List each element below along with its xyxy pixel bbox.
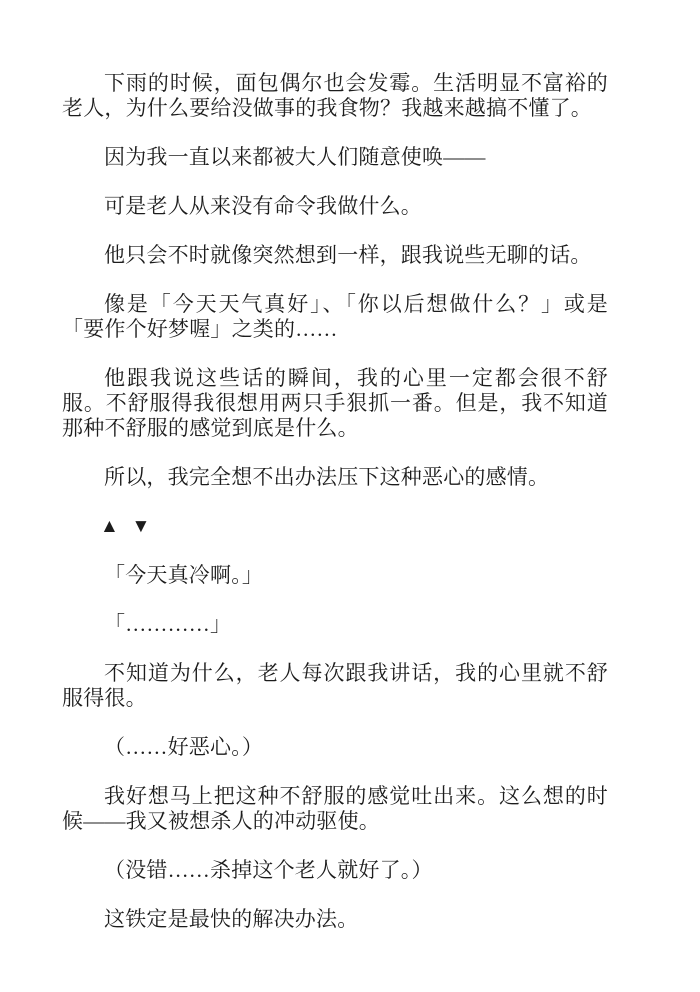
paragraph: 下雨的时候，面包偶尔也会发霉。生活明显不富裕的老人，为什么要给没做事的我食物？我… bbox=[62, 71, 608, 121]
paragraph: 我好想马上把这种不舒服的感觉吐出来。这么想的时候——我又被想杀人的冲动驱使。 bbox=[62, 784, 608, 834]
paragraph: 他只会不时就像突然想到一样，跟我说些无聊的话。 bbox=[62, 243, 608, 268]
scene-break-marker: ▲ ▼ bbox=[62, 514, 608, 539]
paragraph: 他跟我说这些话的瞬间，我的心里一定都会很不舒服。不舒服得我很想用两只手狠抓一番。… bbox=[62, 366, 608, 441]
paragraph: 不知道为什么，老人每次跟我讲话，我的心里就不舒服得很。 bbox=[62, 661, 608, 711]
paragraph: （没错……杀掉这个老人就好了。） bbox=[62, 858, 608, 883]
paragraph: 「…………」 bbox=[62, 612, 608, 637]
text-block: 下雨的时候，面包偶尔也会发霉。生活明显不富裕的老人，为什么要给没做事的我食物？我… bbox=[62, 71, 608, 932]
paragraph: （……好恶心。） bbox=[62, 735, 608, 760]
paragraph: 所以，我完全想不出办法压下这种恶心的感情。 bbox=[62, 465, 608, 490]
paragraph: 这铁定是最快的解决办法。 bbox=[62, 907, 608, 932]
paragraph: 因为我一直以来都被大人们随意使唤—— bbox=[62, 145, 608, 170]
novel-page: 下雨的时候，面包偶尔也会发霉。生活明显不富裕的老人，为什么要给没做事的我食物？我… bbox=[0, 0, 700, 992]
paragraph: 「今天真冷啊。」 bbox=[62, 563, 608, 588]
paragraph: 像是「今天天气真好」、「你以后想做什么？」或是「要作个好梦喔」之类的…… bbox=[62, 292, 608, 342]
paragraph: 可是老人从来没有命令我做什么。 bbox=[62, 194, 608, 219]
